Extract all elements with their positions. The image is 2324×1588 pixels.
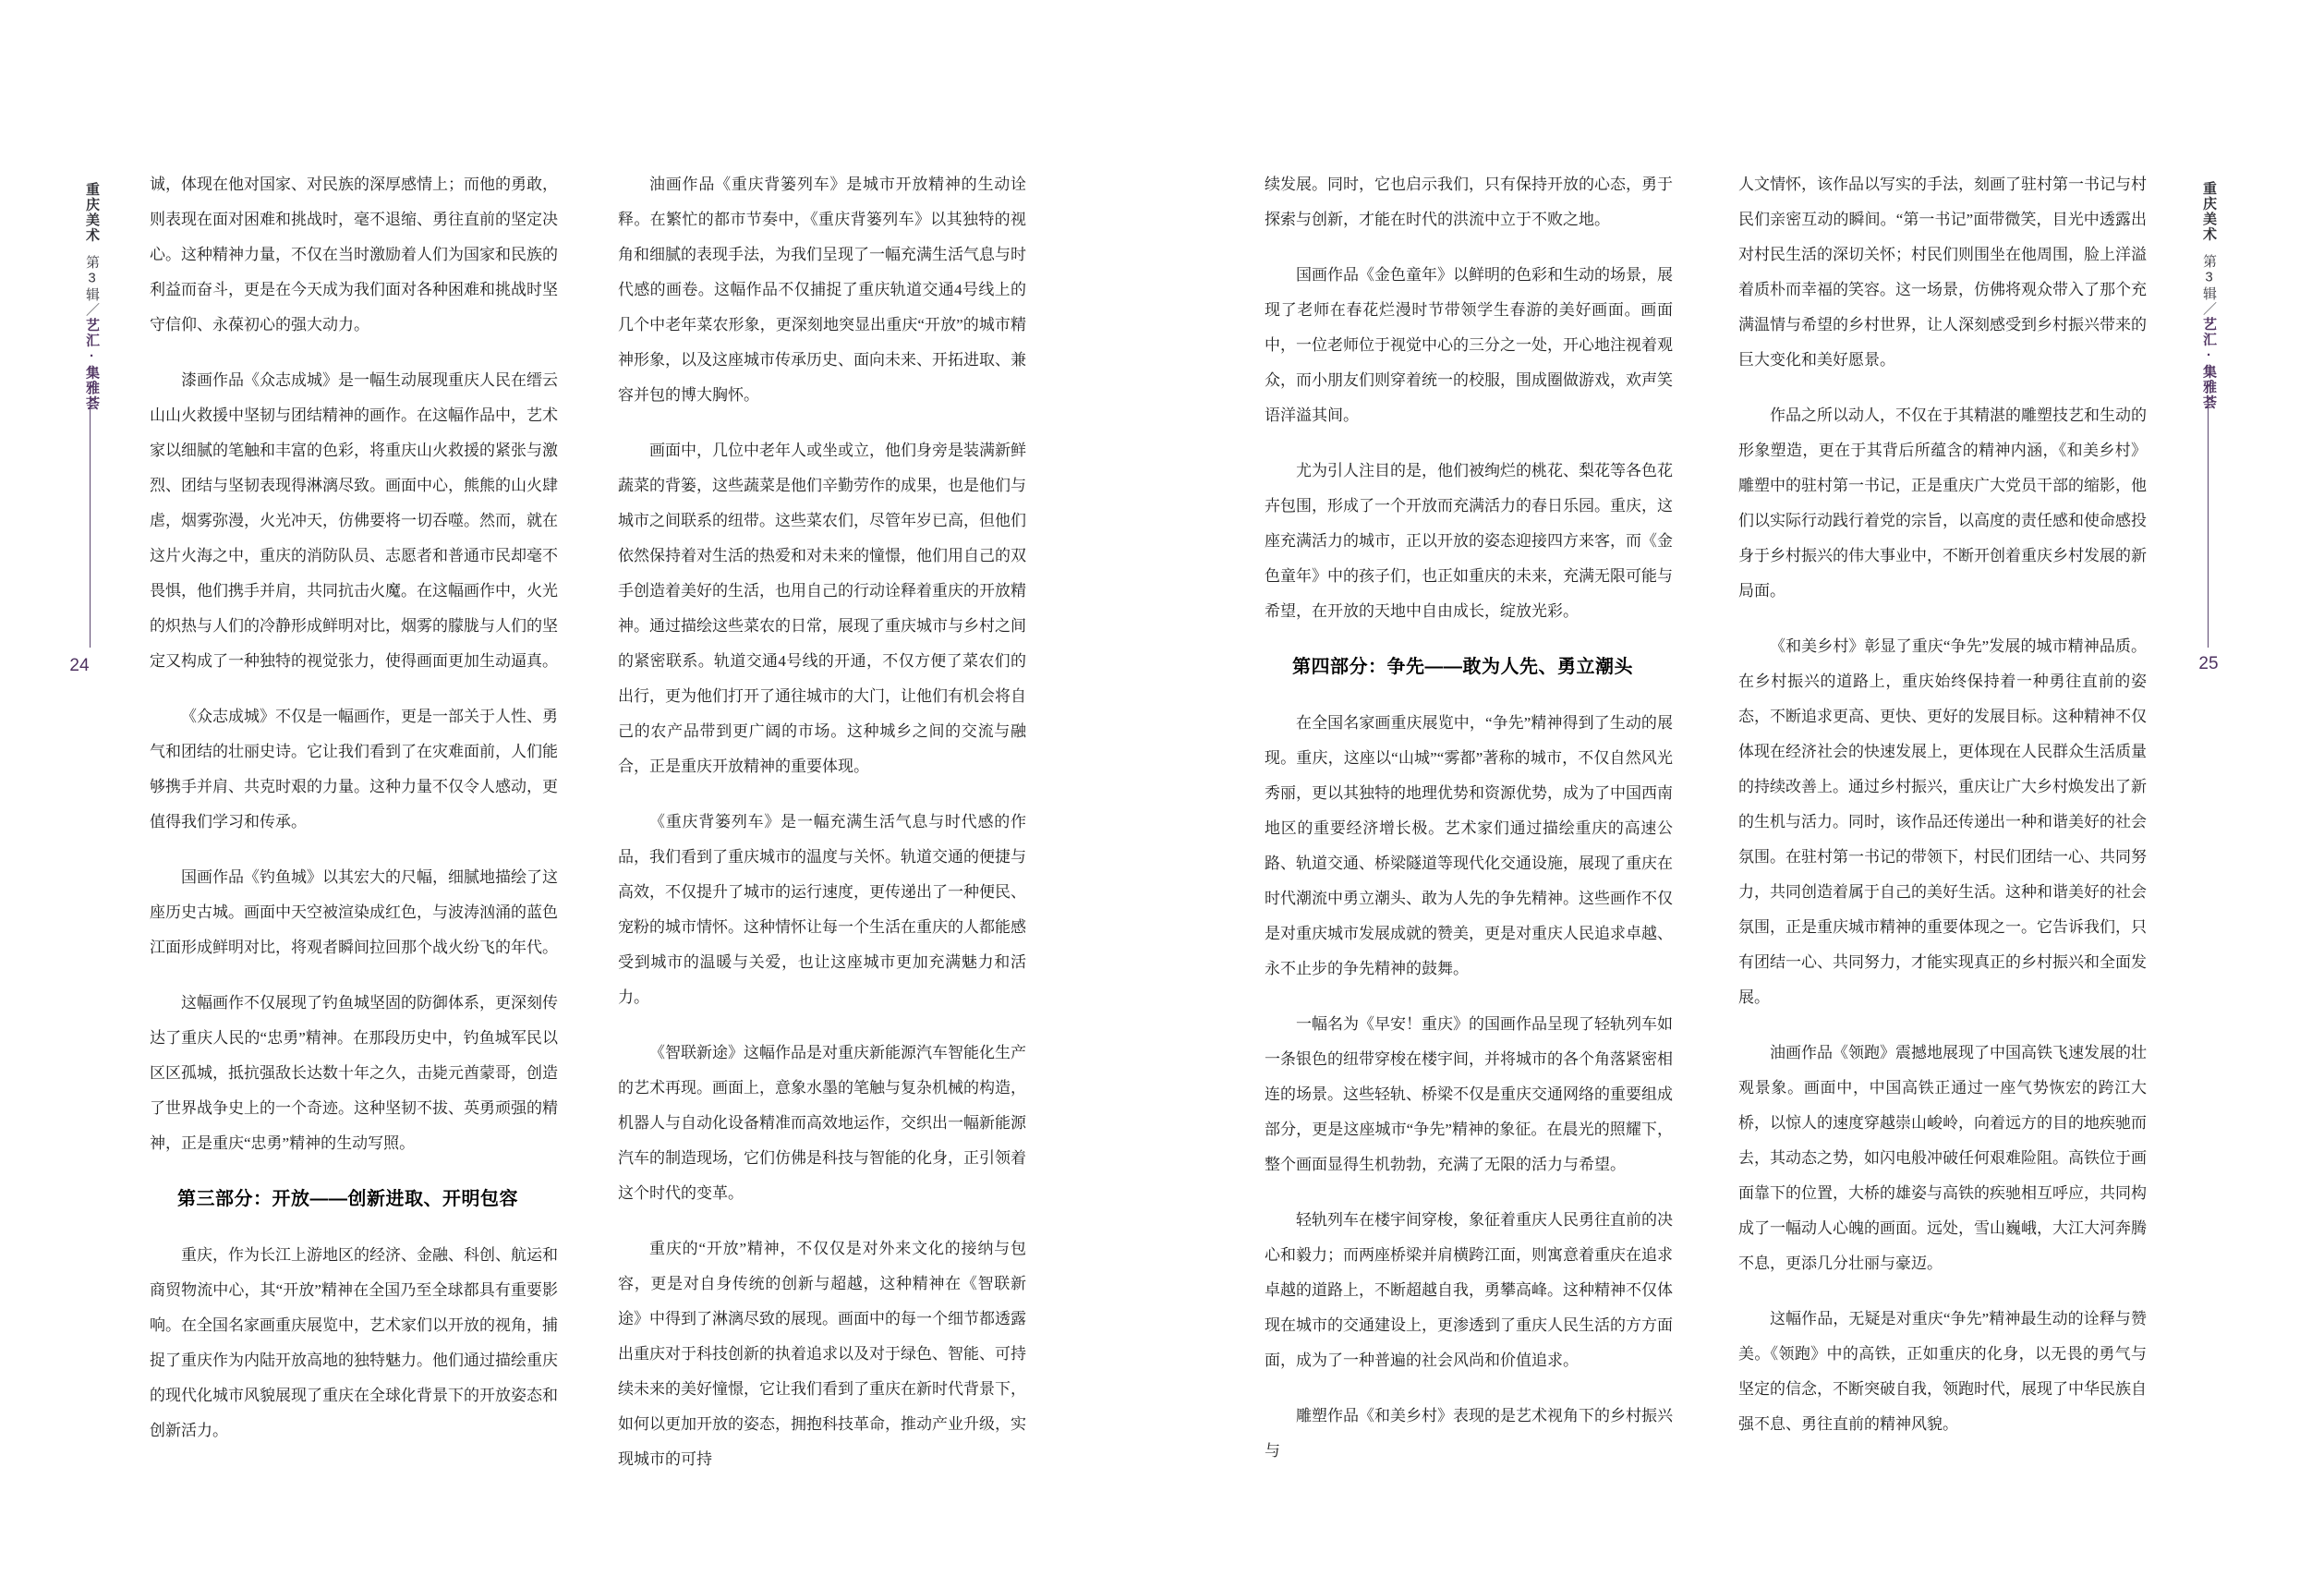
journal-issue-label: 第3辑／ (2201, 254, 2217, 317)
paragraph: 人文情怀，该作品以写实的手法，刻画了驻村第一书记与村民们亲密互动的瞬间。“第一书… (1738, 167, 2147, 378)
paragraph: 续发展。同时，它也启示我们，只有保持开放的心态，勇于探索与创新，才能在时代的洪流… (1265, 167, 1673, 237)
page-25: 续发展。同时，它也启示我们，只有保持开放的心态，勇于探索与创新，才能在时代的洪流… (0, 0, 2324, 1588)
journal-collection-title: 艺汇·集雅荟 (2201, 317, 2217, 410)
paragraph: 作品之所以动人，不仅在于其精湛的雕塑技艺和生动的形象塑造，更在于其背后所蕴含的精… (1738, 398, 2147, 609)
paragraph: 尤为引人注目的是，他们被绚烂的桃花、梨花等各色花卉包围，形成了一个开放而充满活力… (1265, 454, 1673, 629)
section-heading-part-4: 第四部分：争先——敢为人先、勇立潮头 (1265, 649, 1673, 685)
paragraph: 雕塑作品《和美乡村》表现的是艺术视角下的乡村振兴与 (1265, 1399, 1673, 1469)
sidebar-rule-right (2208, 400, 2209, 648)
page-number-right: 25 (2190, 652, 2227, 676)
paragraph: 在全国名家画重庆展览中，“争先”精神得到了生动的展现。重庆，这座以“山城”“雾都… (1265, 706, 1673, 987)
journal-series-title: 重庆美术 (2201, 181, 2217, 242)
journal-title-vertical-right: 重庆美术第3辑／艺汇·集雅荟 (2199, 181, 2219, 410)
paragraph: 这幅作品，无疑是对重庆“争先”精神最生动的诠释与赞美。《领跑》中的高铁，正如重庆… (1738, 1302, 2147, 1442)
text-column-4: 人文情怀，该作品以写实的手法，刻画了驻村第一书记与村民们亲密互动的瞬间。“第一书… (1738, 167, 2147, 1462)
paragraph: 一幅名为《早安！重庆》的国画作品呈现了轻轨列车如一条银色的纽带穿梭在楼宇间，并将… (1265, 1007, 1673, 1182)
book-spread: 重庆美术第3辑／艺汇·集雅荟 24 诚，体现在他对国家、对民族的深厚感情上；而他… (0, 0, 2324, 1588)
paragraph: 《和美乡村》彰显了重庆“争先”发展的城市精神品质。在乡村振兴的道路上，重庆始终保… (1738, 629, 2147, 1015)
paragraph: 国画作品《金色童年》以鲜明的色彩和生动的场景，展现了老师在春花烂漫时节带领学生春… (1265, 258, 1673, 433)
paragraph: 油画作品《领跑》震撼地展现了中国高铁飞速发展的壮观景象。画面中，中国高铁正通过一… (1738, 1036, 2147, 1281)
text-column-3: 续发展。同时，它也启示我们，只有保持开放的心态，勇于探索与创新，才能在时代的洪流… (1265, 167, 1673, 1489)
paragraph: 轻轨列车在楼宇间穿梭，象征着重庆人民勇往直前的决心和毅力；而两座桥梁并肩横跨江面… (1265, 1203, 1673, 1378)
